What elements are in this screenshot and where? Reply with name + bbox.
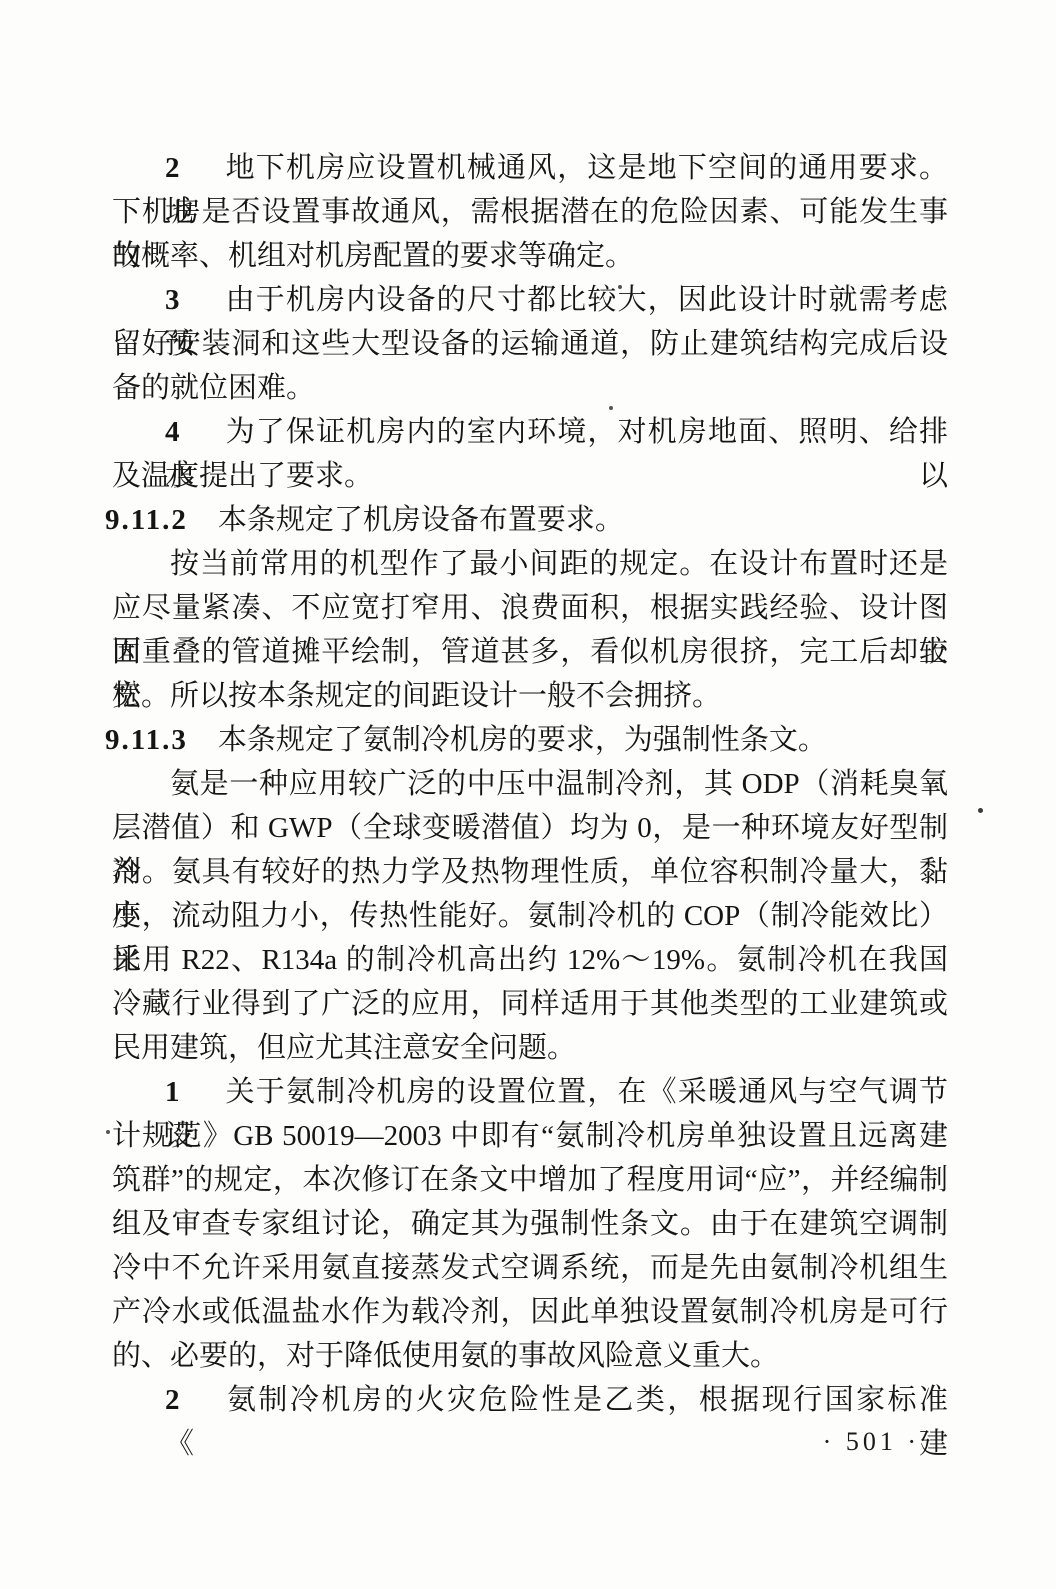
clause-heading: 9.11.3本条规定了氨制冷机房的要求，为强制性条文。 [112, 718, 948, 762]
text-line: 2地下机房应设置机械通风，这是地下空间的通用要求。地 [112, 146, 948, 190]
text-line-content: 本条规定了氨制冷机房的要求，为强制性条文。 [218, 724, 827, 756]
text-line-content: 的概率、机组对机房配置的要求等确定。 [112, 240, 634, 272]
item-number: 3 [165, 284, 180, 316]
text-line: 松。所以按本条规定的间距设计一般不会拥挤。 [112, 674, 948, 718]
text-line-content: 筑群”的规定，本次修订在条文中增加了程度用词“应”，并经编制 [112, 1164, 948, 1196]
text-line: 备的就位困难。 [112, 366, 948, 410]
text-line: 剂。氨具有较好的热力学及热物理性质，单位容积制冷量大，黏度 [112, 850, 948, 894]
text-line: 的概率、机组对机房配置的要求等确定。 [112, 234, 948, 278]
text-line: 的、必要的，对于降低使用氨的事故风险意义重大。 [112, 1334, 948, 1378]
text-line: 应尽量紧凑、不应宽打窄用、浪费面积，根据实践经验、设计图面上 [112, 586, 948, 630]
clause-number: 9.11.3 [105, 724, 188, 756]
text-line: 4为了保证机房内的室内环境，对机房地面、照明、给排水以 [112, 410, 948, 454]
body-text: 2地下机房应设置机械通风，这是地下空间的通用要求。地 下机房是否设置事故通风，需… [112, 146, 948, 1422]
text-line: 层潜值）和 GWP（全球变暖潜值）均为 0，是一种环境友好型制冷 [112, 806, 948, 850]
text-line: 采用 R22、R134a 的制冷机高出约 12%～19%。氨制冷机在我国 [112, 938, 948, 982]
text-line-content: 计规范》GB 50019—2003 中即有“氨制冷机房单独设置且远离建 [112, 1120, 948, 1152]
text-line-content: 备的就位困难。 [112, 372, 315, 404]
document-page: 2地下机房应设置机械通风，这是地下空间的通用要求。地 下机房是否设置事故通风，需… [0, 0, 1056, 1589]
text-line-content: 松。所以按本条规定的间距设计一般不会拥挤。 [112, 680, 721, 712]
text-line: 因重叠的管道摊平绘制，管道甚多，看似机房很挤，完工后却较宽 [112, 630, 948, 674]
text-line-content: 氨是一种应用较广泛的中压中温制冷剂，其 ODP（消耗臭氧 [170, 768, 948, 800]
scan-speck [106, 1130, 110, 1134]
text-line-content: 冷中不允许采用氨直接蒸发式空调系统，而是先由氨制冷机组生 [112, 1252, 948, 1284]
clause-heading: 9.11.2本条规定了机房设备布置要求。 [112, 498, 948, 542]
text-line: 组及审查专家组讨论，确定其为强制性条文。由于在建筑空调制 [112, 1202, 948, 1246]
scan-speck [618, 285, 622, 289]
text-line: 冷藏行业得到了广泛的应用，同样适用于其他类型的工业建筑或 [112, 982, 948, 1026]
text-line: 1关于氨制冷机房的设置位置，在《采暖通风与空气调节设 [112, 1070, 948, 1114]
clause-number: 9.11.2 [105, 504, 188, 536]
text-line-content: 本条规定了机房设备布置要求。 [218, 504, 624, 536]
text-line-content: 按当前常用的机型作了最小间距的规定。在设计布置时还是 [170, 548, 948, 580]
text-line: 筑群”的规定，本次修订在条文中增加了程度用词“应”，并经编制 [112, 1158, 948, 1202]
text-line-content: 的、必要的，对于降低使用氨的事故风险意义重大。 [112, 1340, 779, 1372]
item-number: 4 [165, 416, 180, 448]
scan-speck [978, 808, 983, 813]
text-line: 留好安装洞和这些大型设备的运输通道，防止建筑结构完成后设 [112, 322, 948, 366]
text-line: 2氨制冷机房的火灾危险性是乙类，根据现行国家标准《建 [112, 1378, 948, 1422]
text-line-content: 组及审查专家组讨论，确定其为强制性条文。由于在建筑空调制 [112, 1208, 948, 1240]
item-number: 2 [165, 1384, 180, 1416]
text-line: 3由于机房内设备的尺寸都比较大，因此设计时就需考虑预 [112, 278, 948, 322]
text-line: 产冷水或低温盐水作为载冷剂，因此单独设置氨制冷机房是可行 [112, 1290, 948, 1334]
text-line-content: 民用建筑，但应尤其注意安全问题。 [112, 1032, 576, 1064]
item-number: 2 [165, 152, 180, 184]
text-line-content: 及温度提出了要求。 [112, 460, 373, 492]
text-line: 按当前常用的机型作了最小间距的规定。在设计布置时还是 [112, 542, 948, 586]
text-line: 冷中不允许采用氨直接蒸发式空调系统，而是先由氨制冷机组生 [112, 1246, 948, 1290]
text-line: 民用建筑，但应尤其注意安全问题。 [112, 1026, 948, 1070]
page-number: · 501 · [823, 1420, 920, 1464]
text-line-content: 冷藏行业得到了广泛的应用，同样适用于其他类型的工业建筑或 [112, 988, 948, 1020]
item-number: 1 [165, 1076, 180, 1108]
text-line-content: 留好安装洞和这些大型设备的运输通道，防止建筑结构完成后设 [112, 328, 948, 360]
text-line: 计规范》GB 50019—2003 中即有“氨制冷机房单独设置且远离建 [112, 1114, 948, 1158]
text-line: 小，流动阻力小，传热性能好。氨制冷机的 COP（制冷能效比）比 [112, 894, 948, 938]
text-line: 下机房是否设置事故通风，需根据潜在的危险因素、可能发生事故 [112, 190, 948, 234]
text-line: 氨是一种应用较广泛的中压中温制冷剂，其 ODP（消耗臭氧 [112, 762, 948, 806]
text-line-content: 产冷水或低温盐水作为载冷剂，因此单独设置氨制冷机房是可行 [112, 1296, 948, 1328]
text-line-content: 采用 R22、R134a 的制冷机高出约 12%～19%。氨制冷机在我国 [112, 944, 948, 976]
scan-speck [609, 406, 613, 410]
